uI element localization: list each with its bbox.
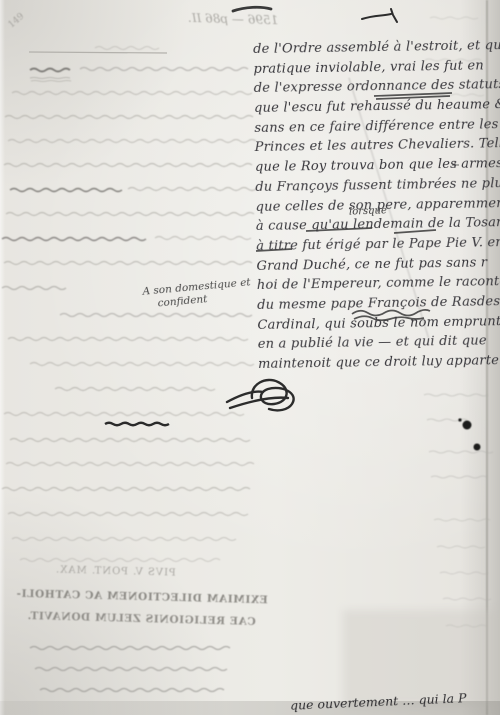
ink-flourish xyxy=(227,380,294,410)
manuscript-line: maintenoit que ce droit luy appartenoit xyxy=(258,351,500,375)
ink-blobs xyxy=(458,418,480,450)
ink-scribble-line xyxy=(105,423,169,426)
pen-dash-mark xyxy=(362,9,397,22)
manuscript-scan: 149 1596 — p86 II. PIVS V. PONT. MAX. EX… xyxy=(0,0,500,715)
mirrored-rule-line xyxy=(29,52,167,53)
ink-stroke-top xyxy=(233,7,271,11)
interlinear-insertion: lorsque xyxy=(349,205,387,217)
